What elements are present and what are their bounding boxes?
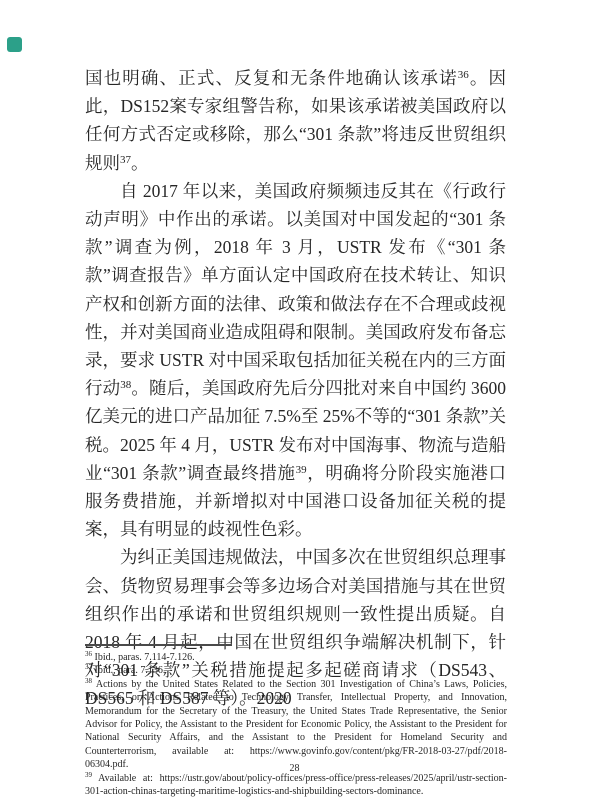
footnote-number: 38	[85, 677, 92, 685]
page-number: 28	[0, 763, 589, 774]
footnote-item: 36 Ibid., paras. 7.114-7.126.	[85, 651, 507, 664]
footnote-separator-rule	[85, 644, 232, 646]
footnote-ref: 37	[120, 154, 131, 166]
body-text: 国也明确、正式、反复和无条件地确认该承诺36。因此，DS152案专家组警告称，如…	[85, 64, 506, 713]
footnote-number: 37	[85, 663, 92, 671]
footnote-ref: 36	[458, 69, 469, 81]
body-paragraph: 国也明确、正式、反复和无条件地确认该承诺36。因此，DS152案专家组警告称，如…	[85, 64, 506, 177]
footnote-number: 36	[85, 650, 92, 658]
footnote-item: 37 Ibid., para. 7.136.	[85, 664, 507, 677]
footnote-item: 38 Actions by the United States Related …	[85, 678, 507, 772]
body-paragraph: 自 2017 年以来，美国政府频频违反其在《行政行动声明》中作出的承诺。以美国对…	[85, 177, 506, 544]
footnote-ref: 39	[296, 464, 307, 476]
document-page: 国也明确、正式、反复和无条件地确认该承诺36。因此，DS152案专家组警告称，如…	[0, 0, 589, 811]
footnotes-list: 36 Ibid., paras. 7.114-7.126.37 Ibid., p…	[85, 651, 507, 798]
footnote-item: 39 Available at: https://ustr.gov/about/…	[85, 772, 507, 799]
footnote-ref: 38	[120, 379, 131, 391]
footnotes-section: 36 Ibid., paras. 7.114-7.126.37 Ibid., p…	[85, 644, 507, 798]
page-corner-marker	[7, 37, 22, 52]
